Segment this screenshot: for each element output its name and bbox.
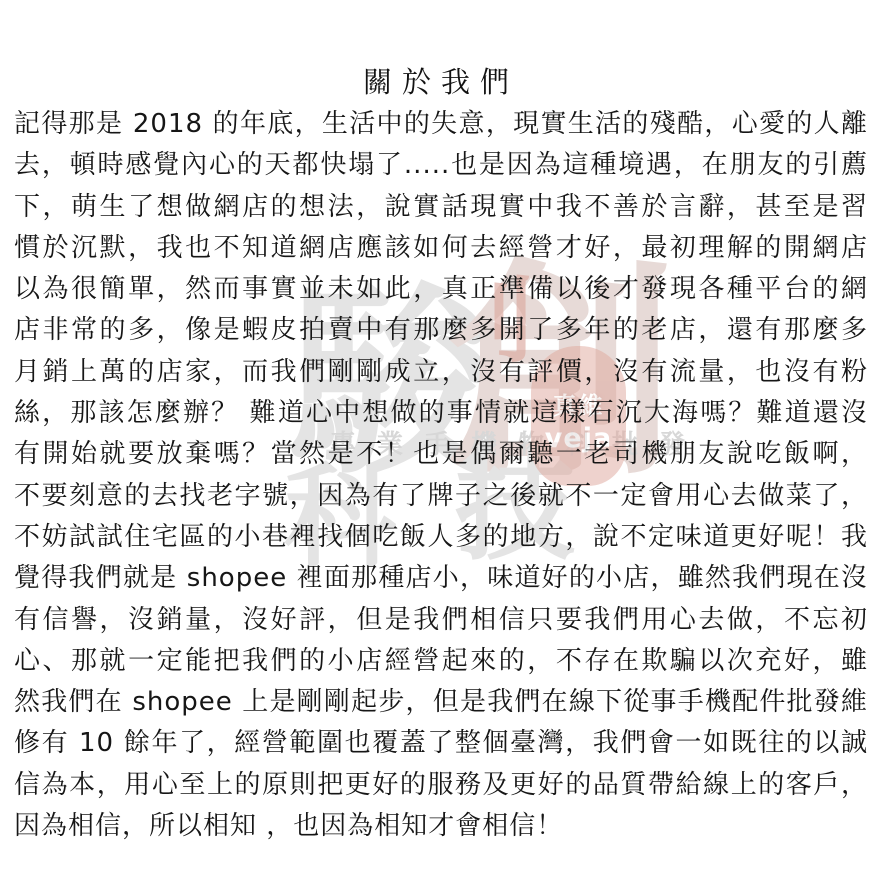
- about-text-line: 下，萌生了想做網店的想法，說實話現實中我不善於言辭，甚至是習: [14, 187, 868, 228]
- about-text-line: 去，頓時感覺內心的天都快塌了.....也是因為這種境遇，在朋友的引薦: [14, 145, 868, 186]
- about-text-line: 慣於沉默，我也不知道網店應該如何去經營才好，最初理解的開網店: [14, 228, 868, 269]
- about-us-text: 記得那是 2018 的年底，生活中的失意，現實生活的殘酷，心愛的人離去，頓時感覺…: [14, 104, 868, 847]
- about-text-line: 月銷上萬的店家，而我們剛剛成立，沒有評價，沒有流量，也沒有粉: [14, 352, 868, 393]
- about-text-line: 店非常的多，像是蝦皮拍賣中有那麼多開了多年的老店，還有那麼多: [14, 310, 868, 351]
- about-text-line: 修有 10 餘年了，經營範圍也覆蓋了整個臺灣，我們會一如既往的以誠: [14, 723, 868, 764]
- about-text-line: 不要刻意的去找老字號，因為有了牌子之後就不一定會用心去做菜了，: [14, 476, 868, 517]
- about-text-line: 以為很簡單，然而事實並未如此，真正準備以後才發現各種平台的網: [14, 269, 868, 310]
- about-text-line: 覺得我們就是 shopee 裡面那種店小，味道好的小店，雖然我們現在沒: [14, 558, 868, 599]
- about-text-line: 信為本，用心至上的原則把更好的服務及更好的品質帶給線上的客戶，: [14, 765, 868, 806]
- about-text-line: 絲，那該怎麼辦？ 難道心中想做的事情就這樣石沉大海嗎？難道還沒: [14, 393, 868, 434]
- about-text-line: 心、那就一定能把我們的小店經營起來的，不存在欺騙以次充好，雖: [14, 641, 868, 682]
- about-us-page: 駿 創 刂 科 技 專業手機物料批發 真維 veja 關於我們 記得那是 201…: [0, 0, 882, 882]
- about-text-line: 因為相信，所以相知 ，也因為相知才會相信！: [14, 806, 868, 847]
- about-text-line: 有信譽，沒銷量，沒好評，但是我們相信只要我們用心去做，不忘初: [14, 600, 868, 641]
- about-text-line: 有開始就要放棄嗎？當然是不！也是偶爾聽一老司機朋友說吃飯啊，: [14, 434, 868, 475]
- about-text-line: 不妨試試住宅區的小巷裡找個吃飯人多的地方，說不定味道更好呢！我: [14, 517, 868, 558]
- about-text-line: 然我們在 shopee 上是剛剛起步，但是我們在線下從事手機配件批發維: [14, 682, 868, 723]
- about-text-line: 記得那是 2018 的年底，生活中的失意，現實生活的殘酷，心愛的人離: [14, 104, 868, 145]
- page-title: 關於我們: [0, 60, 882, 101]
